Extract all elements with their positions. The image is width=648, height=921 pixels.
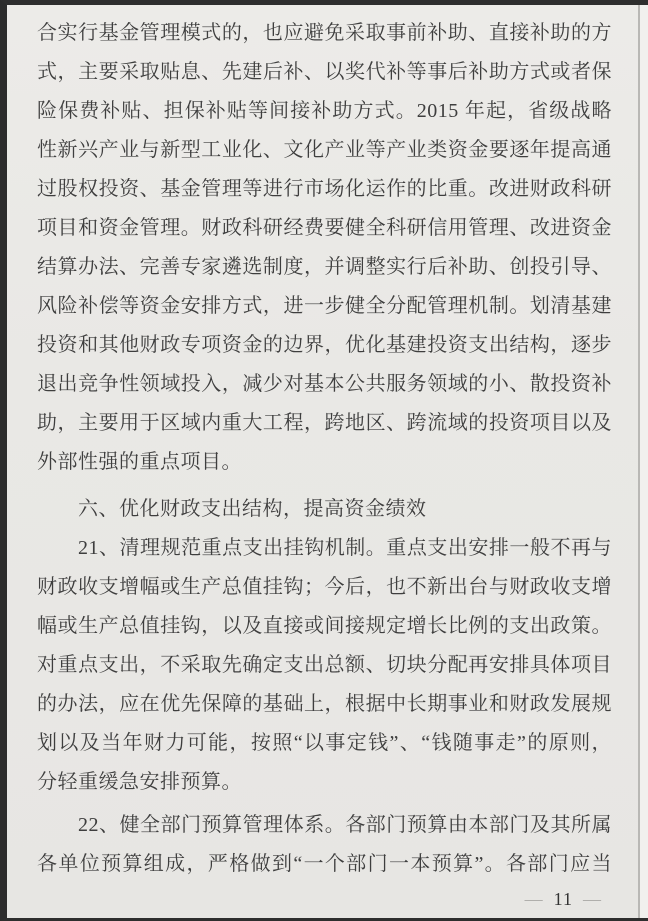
text-line: 对重点支出，不采取先确定支出总额、切块分配再安排具体项目: [37, 646, 612, 685]
text-line: 各单位预算组成，严格做到“一个部门一本预算”。各部门应当: [37, 845, 612, 884]
text-line: 险保费补贴、担保补贴等间接补助方式。2015 年起，省级战略: [37, 92, 612, 131]
text-line: 退出竞争性领域投入，减少对基本公共服务领域的小、散投资补: [37, 365, 612, 404]
text-line: 幅或生产总值挂钩，以及直接或间接规定增长比例的支出政策。: [37, 607, 612, 646]
page-footer: —11—: [515, 882, 638, 918]
scanned-page: 合实行基金管理模式的，也应避免采取事前补助、直接补助的方式，主要采取贴息、先建后…: [0, 0, 648, 921]
text-line: 划以及当年财力可能，按照“以事定钱”、“钱随事走”的原则，: [37, 724, 612, 763]
text-line: 性新兴产业与新型工业化、文化产业等产业类资金要逐年提高通: [37, 131, 612, 170]
text-line: 外部性强的重点项目。: [37, 443, 612, 482]
text-line: 项目和资金管理。财政科研经费要健全科研信用管理、改进资金: [37, 209, 612, 248]
text-line: 过股权投资、基金管理等进行市场化运作的比重。改进财政科研: [37, 170, 612, 209]
text-line: 22、健全部门预算管理体系。各部门预算由本部门及其所属: [37, 806, 612, 845]
text-line: 21、清理规范重点支出挂钩机制。重点支出安排一般不再与: [37, 529, 612, 568]
footer-right-dash: —: [573, 889, 612, 909]
text-line: 合实行基金管理模式的，也应避免采取事前补助、直接补助的方: [37, 14, 612, 53]
page-number: 11: [554, 889, 573, 909]
text-line: 式，主要采取贴息、先建后补、以奖代补等事后补助方式或者保: [37, 53, 612, 92]
footer-left-dash: —: [515, 889, 554, 909]
section-heading: 六、优化财政支出结构，提高资金绩效: [37, 490, 612, 529]
text-line: 分轻重缓急安排预算。: [37, 763, 612, 802]
text-line: 财政收支增幅或生产总值挂钩；今后，也不新出台与财政收支增: [37, 568, 612, 607]
document-text: 合实行基金管理模式的，也应避免采取事前补助、直接补助的方式，主要采取贴息、先建后…: [7, 5, 648, 884]
text-line: 结算办法、完善专家遴选制度，并调整实行后补助、创投引导、: [37, 248, 612, 287]
text-line: 的办法，应在优先保障的基础上，根据中长期事业和财政发展规: [37, 685, 612, 724]
text-line: 风险补偿等资金安排方式，进一步健全分配管理机制。划清基建: [37, 287, 612, 326]
text-line: 投资和其他财政专项资金的边界，优化基建投资支出结构，逐步: [37, 326, 612, 365]
text-line: 助，主要用于区域内重大工程，跨地区、跨流域的投资项目以及: [37, 404, 612, 443]
